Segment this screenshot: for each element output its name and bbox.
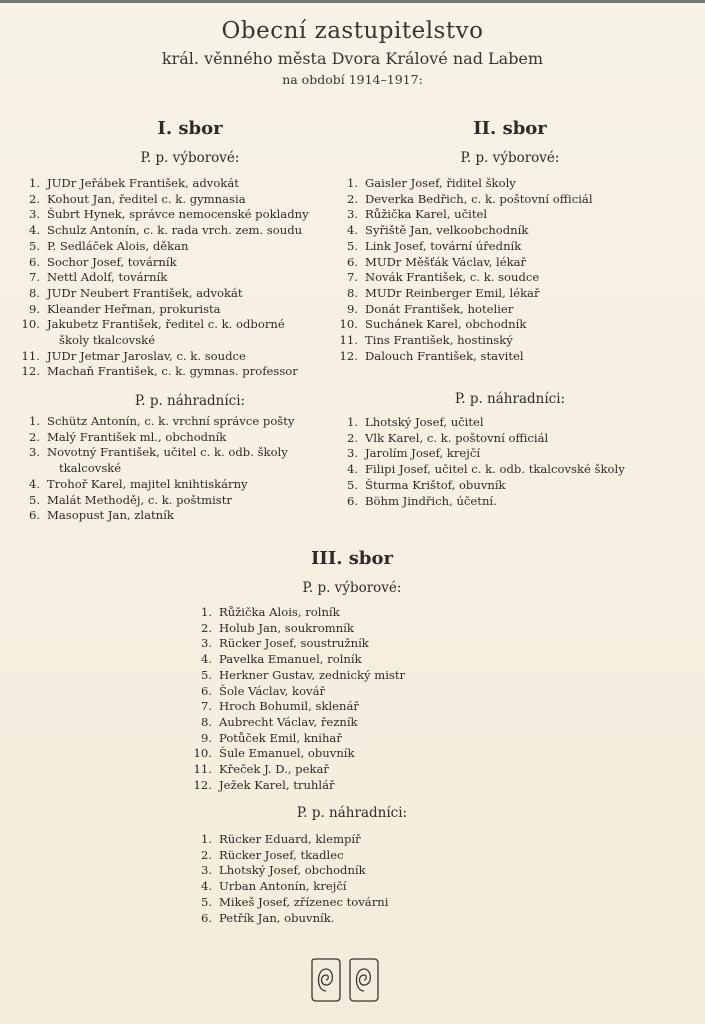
item-number: 5.: [190, 668, 219, 684]
list-item: 2.Vlk Karel, c. k. poštovní officiál: [336, 431, 625, 447]
sbor-3-nahradnici-list: 1.Rücker Eduard, klempíř2.Rücker Josef, …: [190, 832, 388, 926]
list-item-continuation: tkalcovské: [18, 461, 294, 477]
list-item: 12.Machaň František, c. k. gymnas. profe…: [18, 364, 309, 380]
item-number: 2.: [190, 848, 219, 864]
list-item: 10.Šule Emanuel, obuvník: [190, 746, 405, 762]
item-text: P. Sedláček Alois, děkan: [47, 239, 189, 255]
list-item: 11.JUDr Jetmar Jaroslav, c. k. soudce: [18, 349, 309, 365]
sbor-1-vyborove-list: 1.JUDr Jeřábek František, advokát2.Kohou…: [18, 176, 309, 380]
sbor-2-vyborove-list: 1.Gaisler Josef, řiditel školy2.Deverka …: [336, 176, 593, 364]
item-text: Jakubetz František, ředitel c. k. odborn…: [47, 317, 285, 333]
list-item: 2.Rücker Josef, tkadlec: [190, 848, 388, 864]
item-number: 12.: [336, 349, 365, 365]
item-number: 6.: [190, 911, 219, 927]
item-number: 9.: [336, 302, 365, 318]
item-number: 6.: [336, 494, 365, 510]
list-item: 5.Mikeš Josef, zřízenec továrni: [190, 895, 388, 911]
item-text: Kleander Heřman, prokurista: [47, 302, 221, 318]
list-item: 4.Syřiště Jan, velkoobchodník: [336, 223, 593, 239]
list-item: 1.Schütz Antonín, c. k. vrchní správce p…: [18, 414, 294, 430]
item-text: JUDr Jetmar Jaroslav, c. k. soudce: [47, 349, 246, 365]
item-number: 8.: [190, 715, 219, 731]
document-period: na období 1914–1917:: [0, 72, 705, 87]
item-number: 7.: [190, 699, 219, 715]
list-item-continuation: školy tkalcovské: [18, 333, 309, 349]
item-text: Hroch Bohumil, sklenář: [219, 699, 359, 715]
sbor-3-vyborove-list: 1.Růžička Alois, rolník2.Holub Jan, souk…: [190, 605, 405, 793]
item-text: Pavelka Emanuel, rolník: [219, 652, 362, 668]
list-item: 10.Jakubetz František, ředitel c. k. odb…: [18, 317, 309, 333]
list-item: 7.Nettl Adolf, továrník: [18, 270, 309, 286]
item-number: 1.: [336, 176, 365, 192]
list-item: 1.Lhotský Josef, učitel: [336, 415, 625, 431]
item-number: 2.: [18, 192, 47, 208]
sbor-1-title: I. sbor: [100, 118, 280, 139]
sbor-1-vyborove-heading: P. p. výborové:: [70, 150, 310, 166]
item-number: 2.: [18, 430, 47, 446]
sbor-2-nahradnici-heading: P. p. náhradníci:: [390, 391, 630, 407]
item-text: MUDr Reinberger Emil, lékař: [365, 286, 540, 302]
item-text: Donát František, hotelier: [365, 302, 513, 318]
list-item: 4.Urban Antonín, krejčí: [190, 879, 388, 895]
item-number: 10.: [336, 317, 365, 333]
item-text: Petřík Jan, obuvník.: [219, 911, 334, 927]
item-number: 3.: [18, 207, 47, 223]
item-text: Nettl Adolf, továrník: [47, 270, 167, 286]
item-number: 5.: [336, 478, 365, 494]
item-text: Mikeš Josef, zřízenec továrni: [219, 895, 388, 911]
list-item: 6.Sochor Josef, továrník: [18, 255, 309, 271]
sbor-1-nahradnici-list: 1.Schütz Antonín, c. k. vrchní správce p…: [18, 414, 294, 524]
list-item: 7.Hroch Bohumil, sklenář: [190, 699, 405, 715]
item-text: Kohout Jan, ředitel c. k. gymnasia: [47, 192, 246, 208]
list-item: 2.Malý František ml., obchodník: [18, 430, 294, 446]
list-item: 2.Holub Jan, soukromník: [190, 621, 405, 637]
list-item: 5.Herkner Gustav, zednický mistr: [190, 668, 405, 684]
item-number: 4.: [18, 223, 47, 239]
list-item: 4.Schulz Antonín, c. k. rada vrch. zem. …: [18, 223, 309, 239]
item-text: Šubrt Hynek, správce nemocenské pokladny: [47, 207, 309, 223]
list-item: 8.MUDr Reinberger Emil, lékař: [336, 286, 593, 302]
list-item: 2.Deverka Bedřich, c. k. poštovní offici…: [336, 192, 593, 208]
list-item: 7.Novák František, c. k. soudce: [336, 270, 593, 286]
list-item: 11.Tins František, hostinský: [336, 333, 593, 349]
list-item: 6.Šole Václav, kovář: [190, 684, 405, 700]
sbor-3-vyborove-heading: P. p. výborové:: [232, 580, 472, 596]
item-text: Gaisler Josef, řiditel školy: [365, 176, 516, 192]
list-item: 8.Aubrecht Václav, řezník: [190, 715, 405, 731]
list-item: 3.Růžička Karel, učitel: [336, 207, 593, 223]
item-text: MUDr Měšťák Václav, lékař: [365, 255, 526, 271]
sbor-2-title: II. sbor: [420, 118, 600, 139]
item-number: 11.: [336, 333, 365, 349]
list-item: 2.Kohout Jan, ředitel c. k. gymnasia: [18, 192, 309, 208]
item-text: Masopust Jan, zlatník: [47, 508, 174, 524]
list-item: 6.MUDr Měšťák Václav, lékař: [336, 255, 593, 271]
sbor-2-vyborove-heading: P. p. výborové:: [390, 150, 630, 166]
list-item: 4.Trohoř Karel, majitel knihtiskárny: [18, 477, 294, 493]
list-item: 1.Gaisler Josef, řiditel školy: [336, 176, 593, 192]
item-text: Aubrecht Václav, řezník: [219, 715, 358, 731]
item-text: Syřiště Jan, velkoobchodník: [365, 223, 528, 239]
document-title: Obecní zastupitelstvo: [0, 18, 705, 44]
item-number: 5.: [190, 895, 219, 911]
item-number: 10.: [18, 317, 47, 333]
item-number: 1.: [18, 414, 47, 430]
list-item: 5.Šturma Krištof, obuvník: [336, 478, 625, 494]
item-number: 3.: [18, 445, 47, 461]
item-number: 8.: [18, 286, 47, 302]
item-text: Böhm Jindřich, účetní.: [365, 494, 497, 510]
item-number: 2.: [336, 431, 365, 447]
item-number: 6.: [336, 255, 365, 271]
item-number: 5.: [18, 493, 47, 509]
item-number: 8.: [336, 286, 365, 302]
list-item: 10.Suchánek Karel, obchodník: [336, 317, 593, 333]
list-item: 9.Potůček Emil, knihař: [190, 731, 405, 747]
item-text: Novák František, c. k. soudce: [365, 270, 539, 286]
item-text: Urban Antonín, krejčí: [219, 879, 347, 895]
sbor-3-title: III. sbor: [262, 548, 442, 569]
item-number: 7.: [18, 270, 47, 286]
item-text: Link Josef, tovární úředník: [365, 239, 521, 255]
list-item: 12.Ježek Karel, truhlář: [190, 778, 405, 794]
item-number: 9.: [18, 302, 47, 318]
item-text: Rücker Eduard, klempíř: [219, 832, 361, 848]
sbor-2-nahradnici-list: 1.Lhotský Josef, učitel2.Vlk Karel, c. k…: [336, 415, 625, 509]
item-text: Růžička Alois, rolník: [219, 605, 340, 621]
list-item: 4.Pavelka Emanuel, rolník: [190, 652, 405, 668]
item-number: 1.: [190, 832, 219, 848]
item-text: Rücker Josef, soustružník: [219, 636, 369, 652]
list-item: 5.Link Josef, tovární úředník: [336, 239, 593, 255]
item-number: 1.: [190, 605, 219, 621]
item-number: 3.: [336, 207, 365, 223]
item-number: 1.: [18, 176, 47, 192]
list-item: 3.Novotný František, učitel c. k. odb. š…: [18, 445, 294, 461]
list-item: 9.Donát František, hotelier: [336, 302, 593, 318]
item-text: Herkner Gustav, zednický mistr: [219, 668, 405, 684]
item-text: Šole Václav, kovář: [219, 684, 325, 700]
item-number: 12.: [18, 364, 47, 380]
item-text: Křeček J. D., pekař: [219, 762, 329, 778]
item-number: 10.: [190, 746, 219, 762]
list-item: 3.Šubrt Hynek, správce nemocenské poklad…: [18, 207, 309, 223]
item-text: Holub Jan, soukromník: [219, 621, 354, 637]
item-text: Schütz Antonín, c. k. vrchní správce poš…: [47, 414, 294, 430]
item-number: 6.: [190, 684, 219, 700]
item-text: Deverka Bedřich, c. k. poštovní officiál: [365, 192, 593, 208]
item-number: 4.: [336, 223, 365, 239]
item-text: Ježek Karel, truhlář: [219, 778, 335, 794]
list-item: 6.Böhm Jindřich, účetní.: [336, 494, 625, 510]
item-text: Novotný František, učitel c. k. odb. ško…: [47, 445, 288, 461]
list-item: 5.Malát Methoděj, c. k. poštmistr: [18, 493, 294, 509]
item-text: Vlk Karel, c. k. poštovní officiál: [365, 431, 548, 447]
item-text: Rücker Josef, tkadlec: [219, 848, 344, 864]
item-number: 2.: [190, 621, 219, 637]
item-text: Filipi Josef, učitel c. k. odb. tkalcovs…: [365, 462, 625, 478]
item-text: Dalouch František, stavitel: [365, 349, 524, 365]
list-item: 1.Rücker Eduard, klempíř: [190, 832, 388, 848]
list-item: 9.Kleander Heřman, prokurista: [18, 302, 309, 318]
item-number: 3.: [190, 863, 219, 879]
list-item: 3.Lhotský Josef, obchodník: [190, 863, 388, 879]
double-spiral-emblem-icon: [310, 957, 382, 1003]
item-number: 4.: [190, 879, 219, 895]
item-number: 12.: [190, 778, 219, 794]
item-text: Machaň František, c. k. gymnas. professo…: [47, 364, 298, 380]
list-item: 4.Filipi Josef, učitel c. k. odb. tkalco…: [336, 462, 625, 478]
item-text: Jarolím Josef, krejčí: [365, 446, 480, 462]
list-item: 1.Růžička Alois, rolník: [190, 605, 405, 621]
item-number: 2.: [336, 192, 365, 208]
item-text-continuation: školy tkalcovské: [30, 333, 155, 349]
item-number: 3.: [336, 446, 365, 462]
item-text: Malý František ml., obchodník: [47, 430, 226, 446]
item-number: 4.: [18, 477, 47, 493]
item-number: 6.: [18, 255, 47, 271]
item-text-continuation: tkalcovské: [30, 461, 121, 477]
list-item: 3.Jarolím Josef, krejčí: [336, 446, 625, 462]
item-text: Tins František, hostinský: [365, 333, 513, 349]
list-item: 6.Petřík Jan, obuvník.: [190, 911, 388, 927]
sbor-1-nahradnici-heading: P. p. náhradníci:: [70, 393, 310, 409]
item-number: 4.: [336, 462, 365, 478]
item-text: Trohoř Karel, majitel knihtiskárny: [47, 477, 248, 493]
item-text: Lhotský Josef, obchodník: [219, 863, 366, 879]
list-item: 1.JUDr Jeřábek František, advokát: [18, 176, 309, 192]
item-text: Růžička Karel, učitel: [365, 207, 487, 223]
item-number: 5.: [336, 239, 365, 255]
list-item: 11.Křeček J. D., pekař: [190, 762, 405, 778]
item-text: Suchánek Karel, obchodník: [365, 317, 526, 333]
list-item: 5.P. Sedláček Alois, děkan: [18, 239, 309, 255]
item-text: Šule Emanuel, obuvník: [219, 746, 355, 762]
item-text: JUDr Neubert František, advokát: [47, 286, 243, 302]
item-number: 9.: [190, 731, 219, 747]
item-number: 3.: [190, 636, 219, 652]
item-number: 1.: [336, 415, 365, 431]
document-subtitle: král. věnného města Dvora Králové nad La…: [0, 49, 705, 68]
item-text: Sochor Josef, továrník: [47, 255, 177, 271]
list-item: 6.Masopust Jan, zlatník: [18, 508, 294, 524]
item-text: Potůček Emil, knihař: [219, 731, 342, 747]
item-number: 5.: [18, 239, 47, 255]
item-text: Šturma Krištof, obuvník: [365, 478, 506, 494]
item-number: 7.: [336, 270, 365, 286]
item-text: Schulz Antonín, c. k. rada vrch. zem. so…: [47, 223, 302, 239]
item-text: Malát Methoděj, c. k. poštmistr: [47, 493, 232, 509]
item-number: 11.: [190, 762, 219, 778]
list-item: 3.Rücker Josef, soustružník: [190, 636, 405, 652]
list-item: 12.Dalouch František, stavitel: [336, 349, 593, 365]
item-number: 4.: [190, 652, 219, 668]
sbor-3-nahradnici-heading: P. p. náhradníci:: [232, 805, 472, 821]
item-text: JUDr Jeřábek František, advokát: [47, 176, 239, 192]
item-text: Lhotský Josef, učitel: [365, 415, 484, 431]
item-number: 11.: [18, 349, 47, 365]
item-number: 6.: [18, 508, 47, 524]
list-item: 8.JUDr Neubert František, advokát: [18, 286, 309, 302]
